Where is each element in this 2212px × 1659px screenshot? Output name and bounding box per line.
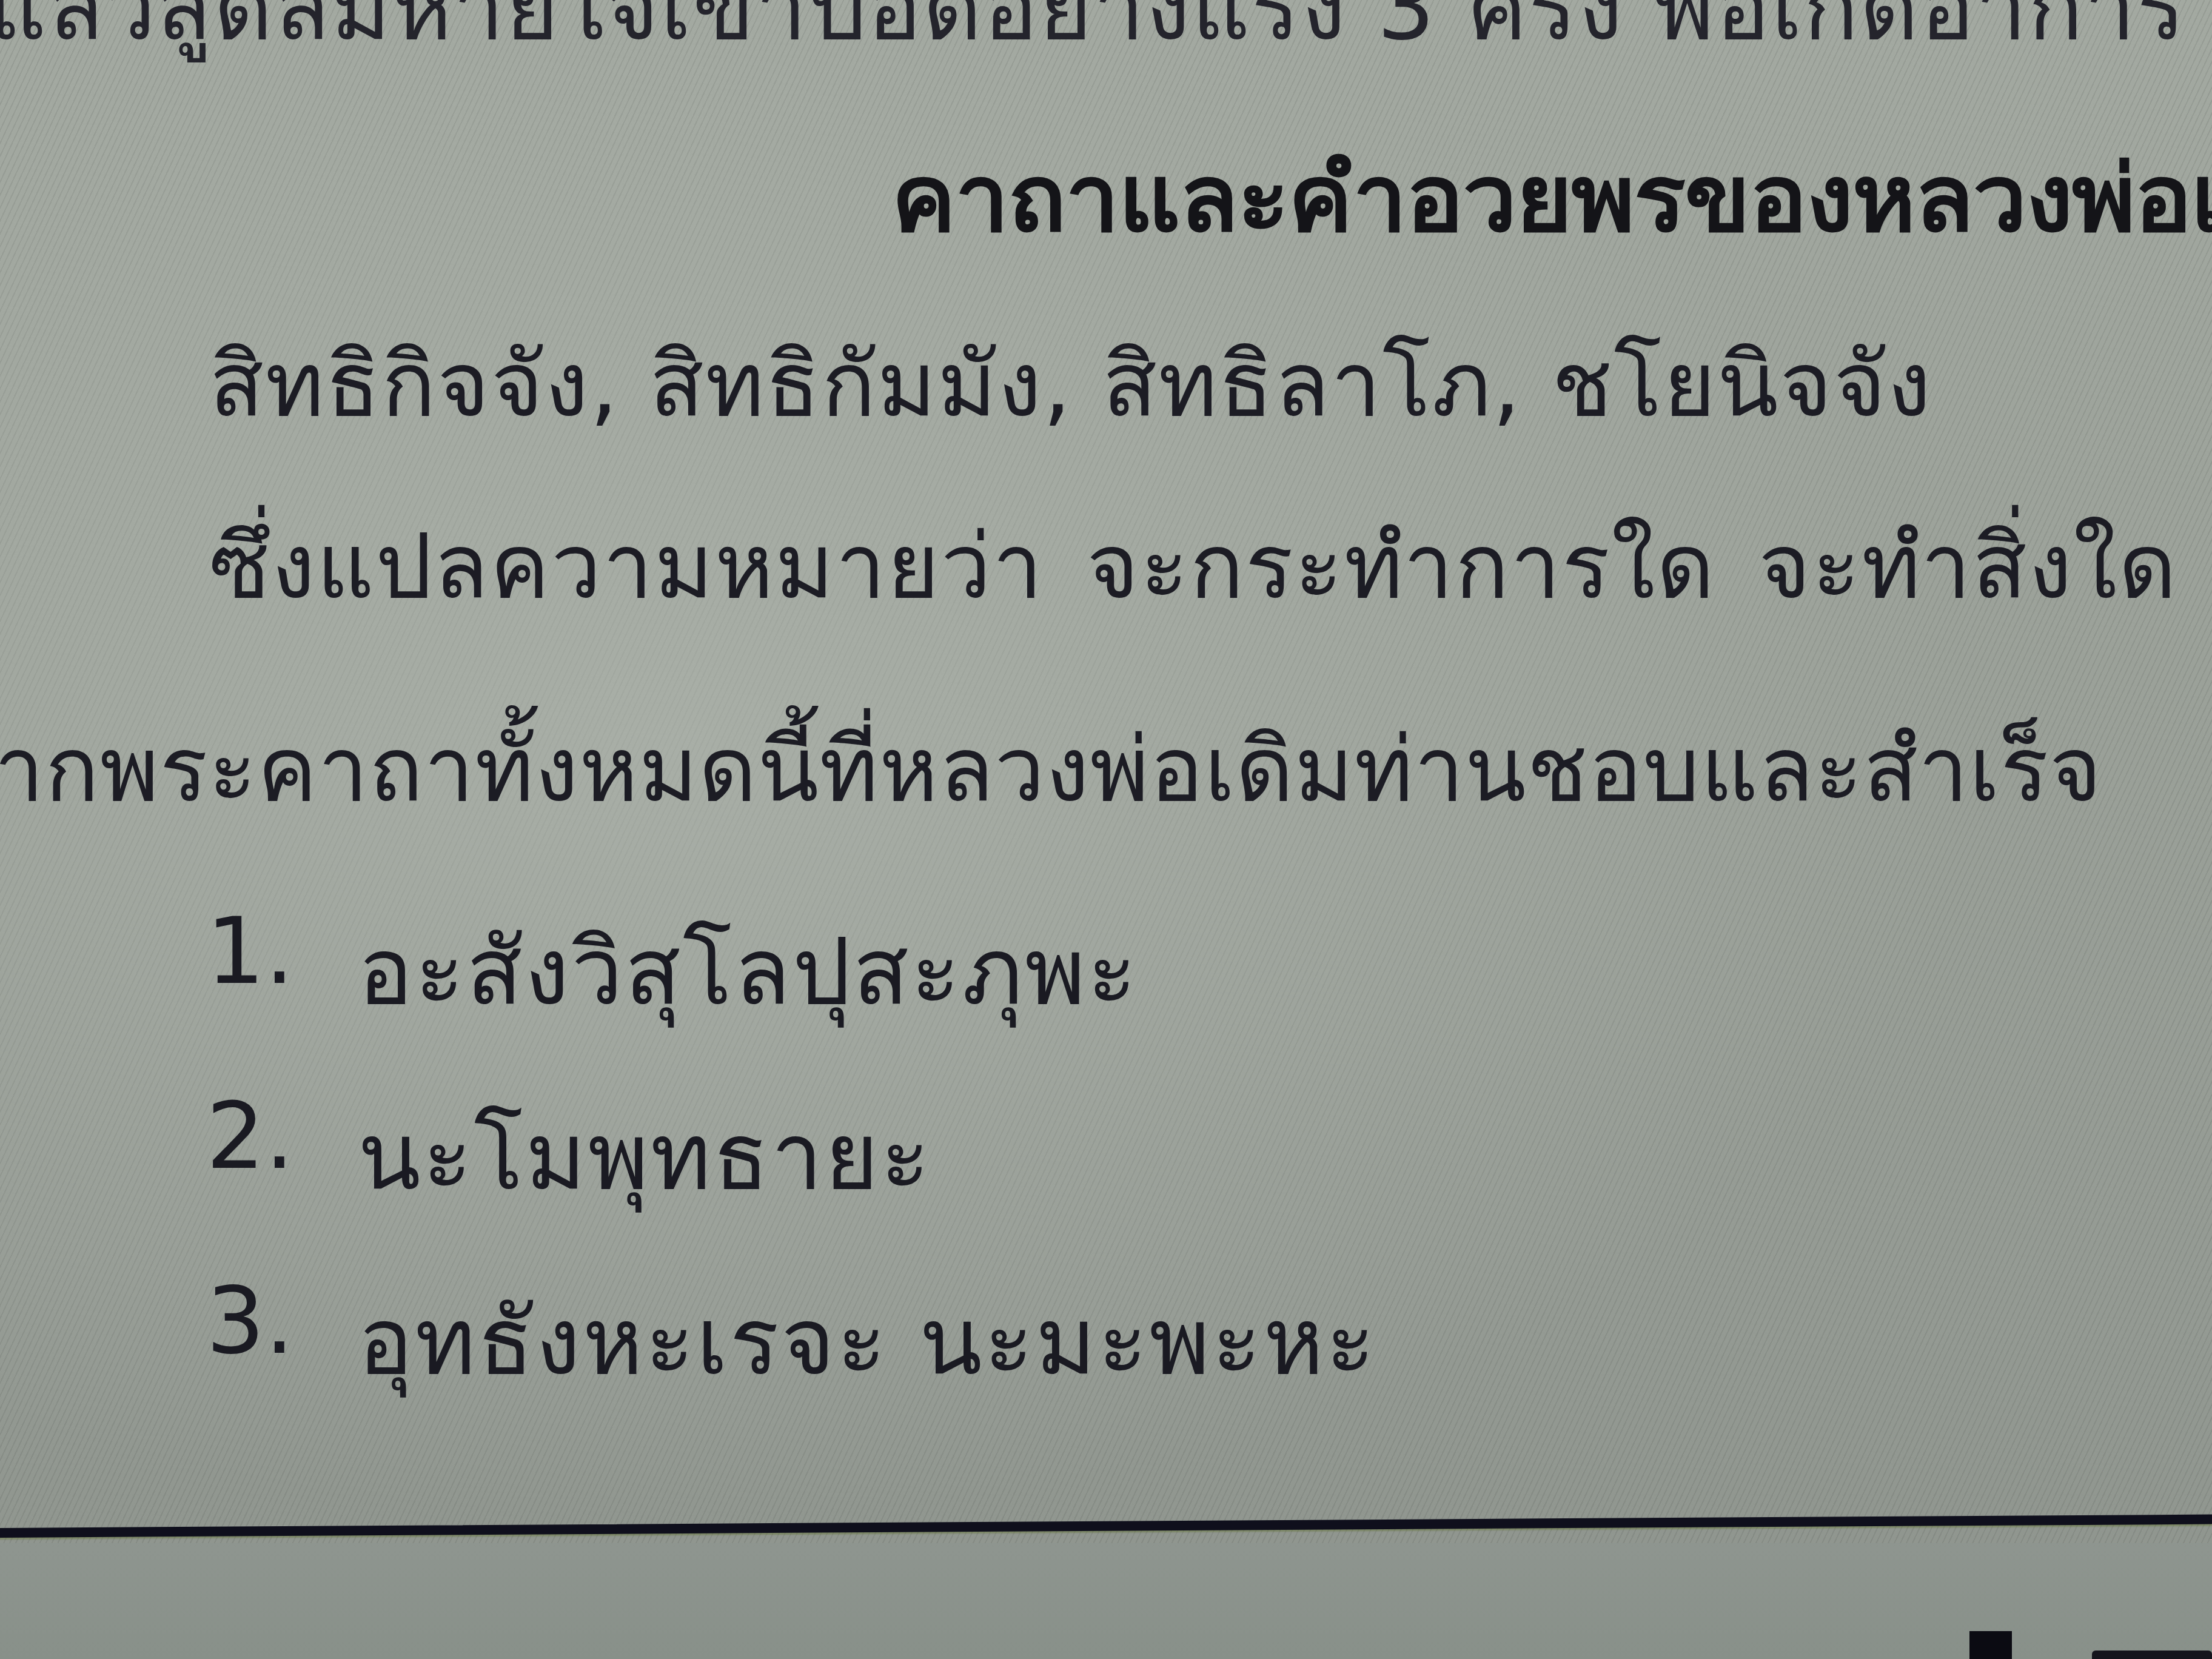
photographed-page: แล้วสูดลมหายใจเข้าปอดอย่างแรง 3 ครั้ง พอ…: [0, 0, 2212, 1659]
list-number: 2.: [206, 1082, 340, 1190]
meaning-part-2: จะกระทำการใด: [1087, 514, 1716, 618]
next-section-glyph-fragment: [1969, 1631, 2012, 1659]
list-number: 1.: [206, 897, 340, 1005]
list-text: อะสังวิสุโลปุสะภุพะ: [358, 897, 1139, 1044]
list-number: 3.: [206, 1267, 340, 1375]
meaning-part-1: ซึ่งแปลความหมายว่า: [209, 514, 1044, 618]
top-partial-line: แล้วสูดลมหายใจเข้าปอดอย่างแรง 3 ครั้ง พอ…: [0, 0, 2187, 53]
list-text: อุทธังหะเรจะ นะมะพะหะ: [358, 1267, 1377, 1414]
section-heading: คาถาและคำอวยพรของหลวงพ่อเ: [891, 153, 2212, 245]
list-text: นะโมพุทธายะ: [358, 1082, 932, 1229]
mantra-line: สิทธิกิจจัง, สิทธิกัมมัง, สิทธิลาโภ, ชโย…: [209, 340, 1932, 429]
continuation-line: ากพระคาถาทั้งหมดนี้ที่หลวงพ่อเดิมท่านชอบ…: [0, 725, 2102, 814]
lower-page-area: [0, 1543, 2212, 1659]
meaning-line: ซึ่งแปลความหมายว่าจะกระทำการใดจะทำสิ่งใด: [209, 521, 2178, 611]
meaning-part-3: จะทำสิ่งใด: [1758, 514, 2178, 618]
horizontal-rule: [0, 1514, 2212, 1538]
next-section-glyph-fragment: [2092, 1651, 2212, 1659]
